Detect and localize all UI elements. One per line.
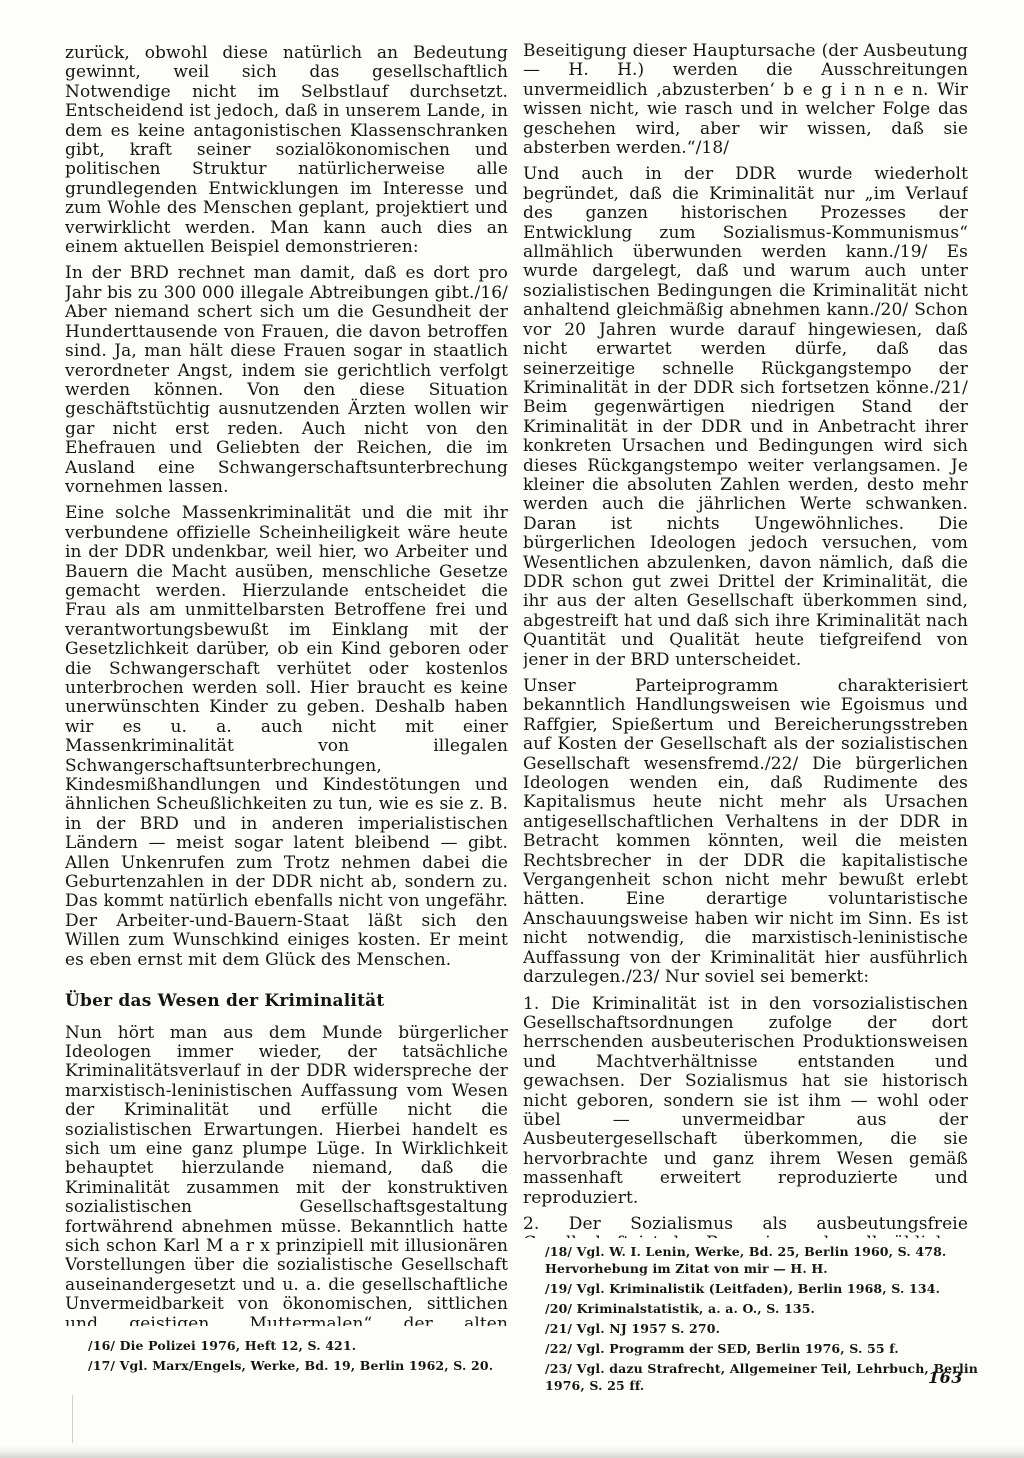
footnote: /17/ Vgl. Marx/Engels, Werke, Bd. 19, Be…: [88, 1357, 508, 1374]
footnotes-right: /18/ Vgl. W. I. Lenin, Werke, Bd. 25, Be…: [545, 1243, 985, 1397]
body-paragraph: Eine solche Massenkriminalität und die m…: [65, 504, 508, 970]
left-column: zurück, obwohl diese natürlich an Bedeut…: [65, 44, 508, 1326]
body-paragraph: Beseitigung dieser Hauptursache (der Aus…: [523, 42, 968, 158]
body-paragraph: In der BRD rechnet man damit, daß es dor…: [65, 264, 508, 497]
body-paragraph: Unser Parteiprogramm charakterisiert bek…: [523, 677, 968, 988]
footnote: /18/ Vgl. W. I. Lenin, Werke, Bd. 25, Be…: [545, 1243, 985, 1277]
footnote: /21/ Vgl. NJ 1957 S. 270.: [545, 1320, 985, 1337]
footnote: /19/ Vgl. Kriminalistik (Leitfaden), Ber…: [545, 1280, 985, 1297]
footnotes-left: /16/ Die Polizei 1976, Heft 12, S. 421. …: [88, 1337, 508, 1377]
body-paragraph: 2. Der Sozialismus als ausbeutungsfreie …: [523, 1215, 968, 1238]
footnote: /20/ Kriminalstatistik, a. a. O., S. 135…: [545, 1300, 985, 1317]
body-paragraph: zurück, obwohl diese natürlich an Bedeut…: [65, 44, 508, 257]
body-paragraph: Nun hört man aus dem Munde bürgerlicher …: [65, 1024, 508, 1327]
footnote: /23/ Vgl. dazu Strafrecht, Allgemeiner T…: [545, 1360, 985, 1394]
footnote: /16/ Die Polizei 1976, Heft 12, S. 421.: [88, 1337, 508, 1354]
section-heading: Über das Wesen der Kriminalität: [65, 992, 508, 1011]
footnote: /22/ Vgl. Programm der SED, Berlin 1976,…: [545, 1340, 985, 1357]
scan-edge-artifact: [0, 1444, 1024, 1458]
body-paragraph: Und auch in der DDR wurde wiederholt beg…: [523, 165, 968, 670]
right-column: Beseitigung dieser Hauptursache (der Aus…: [523, 42, 968, 1238]
scanned-document-page: zurück, obwohl diese natürlich an Bedeut…: [0, 0, 1024, 1458]
page-number: 163: [928, 1368, 988, 1387]
body-paragraph: 1. Die Kriminalität ist in den vorsozial…: [523, 995, 968, 1208]
scan-edge-artifact: [72, 1395, 73, 1443]
